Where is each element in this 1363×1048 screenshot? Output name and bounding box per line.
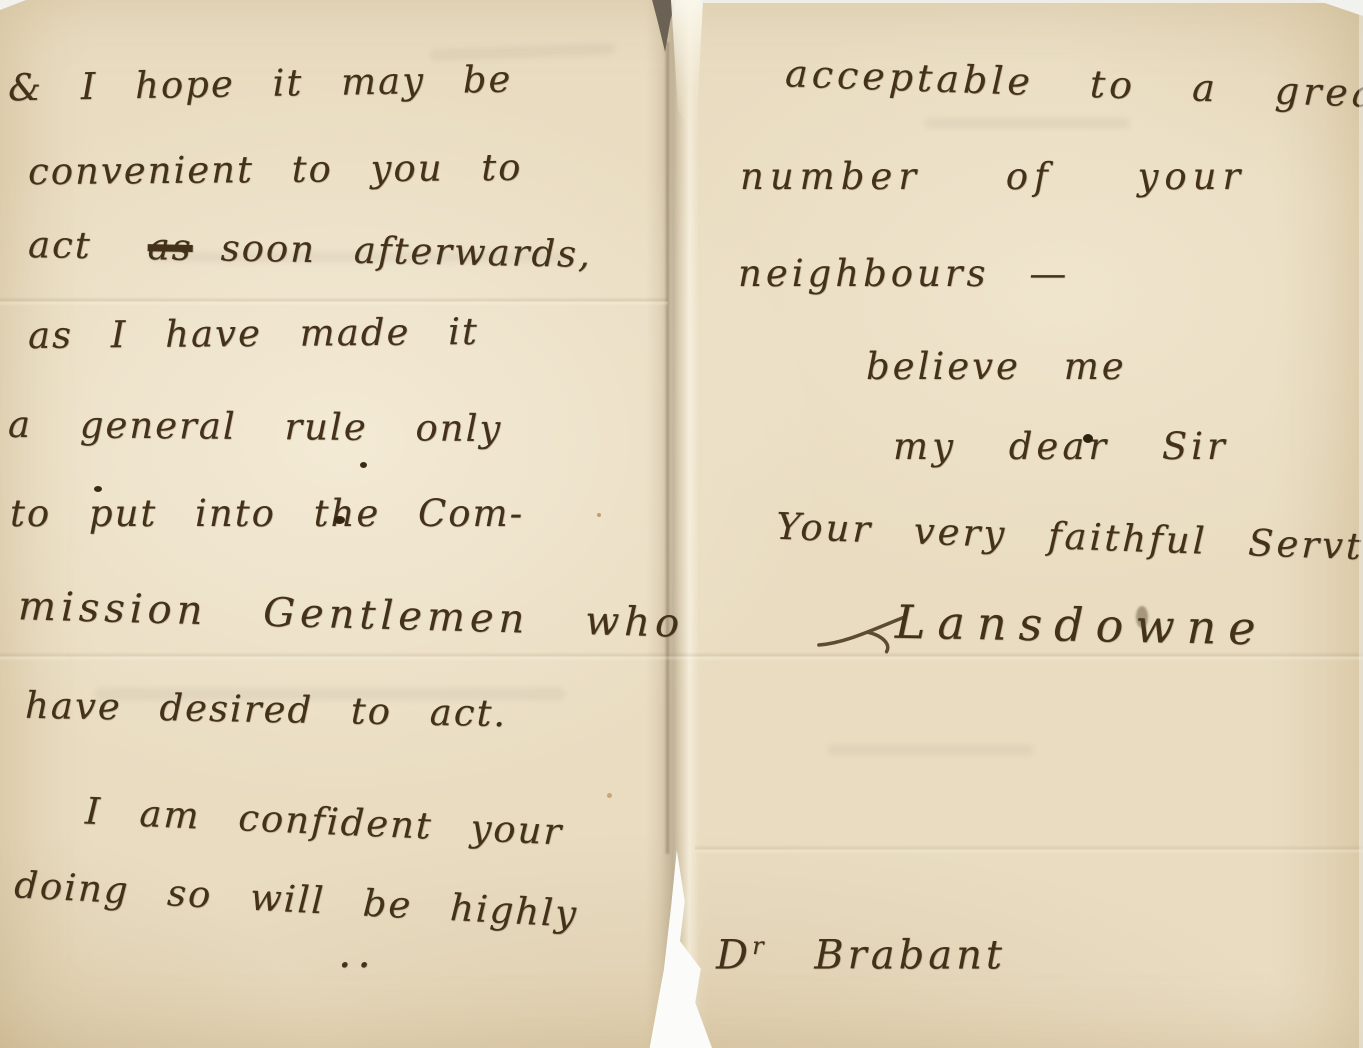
ink-blot — [334, 516, 345, 524]
scan-edge — [1359, 0, 1363, 1048]
letter-line: number of your — [740, 155, 1246, 198]
foxing-spot — [607, 793, 612, 798]
addressee-name: Brabant — [814, 932, 1006, 978]
ink-blot — [94, 486, 102, 492]
letter-line: convenient to you to — [28, 146, 523, 193]
addressee: Dr Brabant — [716, 932, 1006, 978]
foxing-spot — [597, 513, 601, 517]
addressee-prefix: D — [716, 932, 752, 978]
fold-crease — [695, 845, 1363, 854]
scan-edge — [700, 0, 1363, 3]
letter-line: my dear Sir — [893, 425, 1229, 468]
signature: Lansdowne — [895, 595, 1268, 655]
letter-line: & I hope it may be — [8, 58, 513, 110]
signature-flourish — [817, 605, 910, 657]
fold-crease — [0, 297, 668, 306]
center-fold-line — [666, 42, 669, 854]
letter-line: have desired to act. — [25, 684, 508, 735]
letter-word: soon afterwards, — [220, 226, 592, 275]
letter-line: neighbours — — [738, 252, 1070, 295]
ink-smudge — [1136, 606, 1148, 628]
letter-line: as I have made it — [28, 310, 479, 357]
letter-word: act — [28, 223, 92, 267]
ink-blot — [360, 462, 367, 468]
struck-word: as — [147, 225, 193, 269]
ink-dots: .. — [338, 928, 377, 977]
letter-line: believe me — [866, 345, 1127, 388]
ink-showthrough — [828, 745, 1033, 755]
letter-line: a general rule only — [8, 403, 503, 450]
letter-scan: & I hope it may be convenient to you to … — [0, 0, 1363, 1048]
ink-blot — [1083, 434, 1093, 443]
addressee-superscript: r — [752, 932, 767, 960]
ink-showthrough — [925, 118, 1130, 128]
letter-line: to put into the Com- — [10, 492, 524, 535]
